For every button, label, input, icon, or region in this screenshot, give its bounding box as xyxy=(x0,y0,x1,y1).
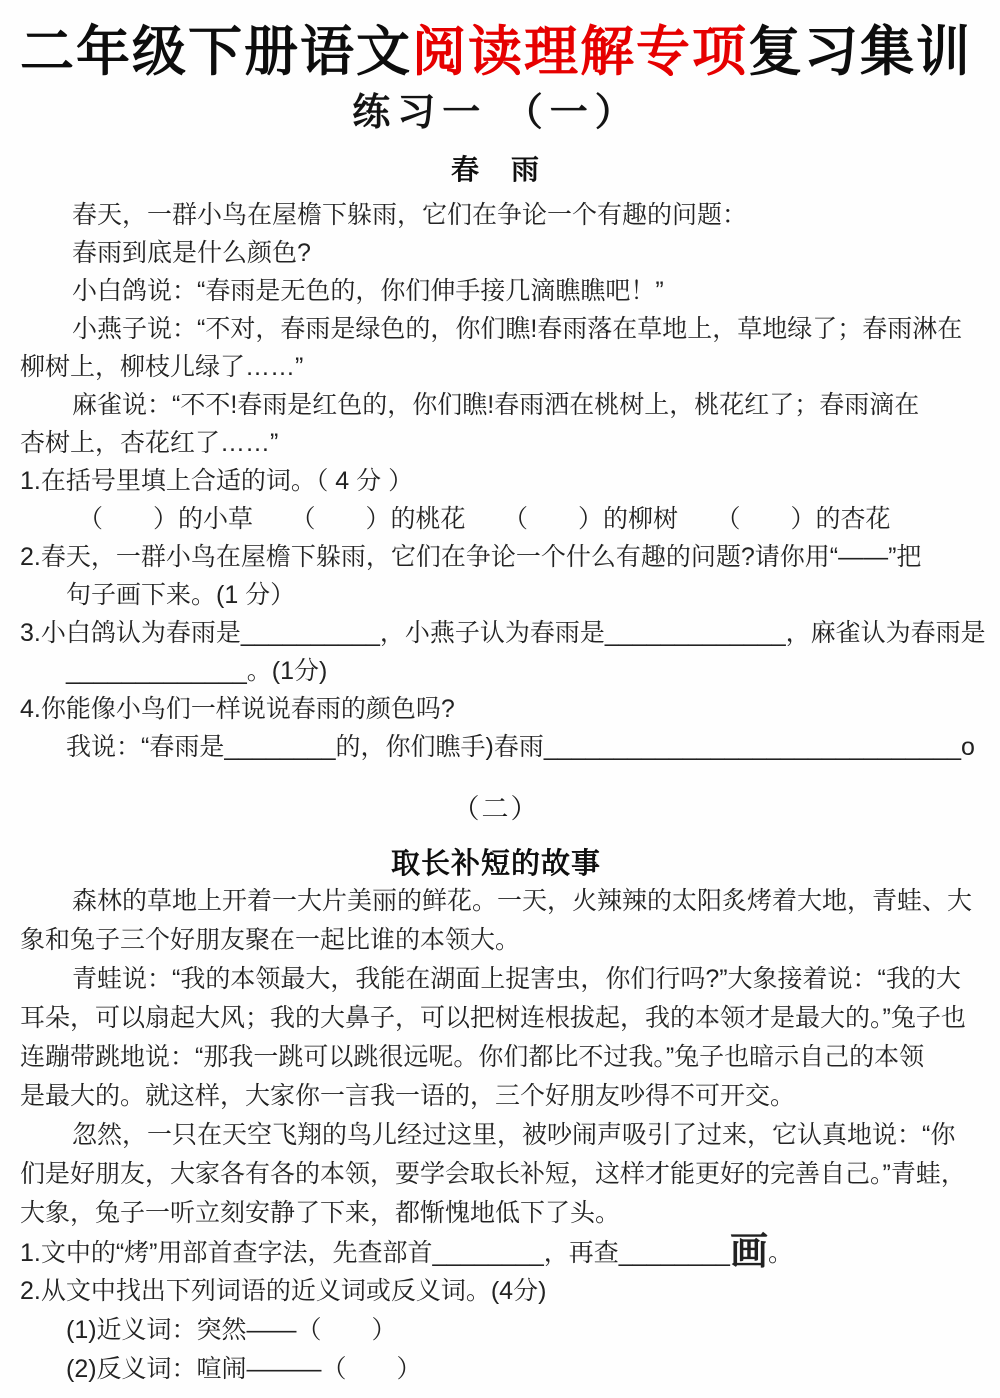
text-line: （ ）的小草 （ ）的桃花 （ ）的柳树 （ ）的杏花 xyxy=(20,500,972,538)
text-line: _____________。(1分) xyxy=(20,652,972,690)
text-line: 1.文中的“烤”用部首查字法，先查部首________，再查________画。 xyxy=(20,1233,972,1272)
title-segment-post: 复习集训 xyxy=(748,22,972,82)
exercise-subtitle: 练习一 （一） xyxy=(20,88,972,138)
text-line: 3.小白鸽认为春雨是__________，小燕子认为春雨是___________… xyxy=(20,614,972,652)
text-line: 忽然，一只在天空飞翔的鸟儿经过这里，被吵闹声吸引了过来，它认真地说：“你 xyxy=(20,1116,972,1155)
text-line: 森林的草地上开着一大片美丽的鲜花。一天，火辣辣的太阳炙烤着大地，青蛙、大 xyxy=(20,882,972,921)
text-line: 2.从文中找出下列词语的近义词或反义词。(4分) xyxy=(20,1272,972,1311)
worksheet-page: 二年级下册语文阅读理解专项复习集训 练习一 （一） 春 雨 春天，一群小鸟在屋檐… xyxy=(0,0,1000,1398)
text-line: 我说：“春雨是________的，你们瞧手)春雨________________… xyxy=(20,728,972,766)
title-highlight: 阅读理解专项 xyxy=(412,22,748,82)
text-line: 2.春天，一群小鸟在屋檐下躲雨，它们在争论一个什么有趣的问题?请你用“——”把 xyxy=(20,538,972,576)
text-line: 小燕子说：“不对，春雨是绿色的，你们瞧!春雨落在草地上，草地绿了；春雨淋在 xyxy=(20,310,972,348)
text-line: 连蹦带跳地说：“那我一跳可以跳很远呢。你们都比不过我。”兔子也暗示自己的本领 xyxy=(20,1038,972,1077)
section1-body: 春天，一群小鸟在屋檐下躲雨，它们在争论一个有趣的问题：春雨到底是什么颜色?小白鸽… xyxy=(20,196,972,766)
text-line: 麻雀说：“不不!春雨是红色的，你们瞧!春雨洒在桃树上，桃花红了；春雨滴在 xyxy=(20,386,972,424)
enlarged-char: 画 xyxy=(730,1231,768,1273)
text-line: 耳朵，可以扇起大风；我的大鼻子，可以把树连根拔起，我的本领才是最大的。”兔子也 xyxy=(20,999,972,1038)
text-line: (2)反义词：喧闹———（ ） xyxy=(20,1350,972,1389)
text-line: 柳树上，柳枝儿绿了……” xyxy=(20,348,972,386)
text-line: 小白鸽说：“春雨是无色的，你们伸手接几滴瞧瞧吧！” xyxy=(20,272,972,310)
text-line: 杏树上，杏花红了……” xyxy=(20,424,972,462)
text-line: 句子画下来。(1 分） xyxy=(20,576,972,614)
text-line: 春雨到底是什么颜色? xyxy=(20,234,972,272)
worksheet-scan: { "colors": { "title_highlight_red": "#e… xyxy=(0,0,1000,1398)
text-line: 大象，兔子一听立刻安静了下来，都惭愧地低下了头。 xyxy=(20,1194,972,1233)
text-line: 春天，一群小鸟在屋檐下躲雨，它们在争论一个有趣的问题： xyxy=(20,196,972,234)
text-segment: 。 xyxy=(768,1239,793,1267)
text-line: 是最大的。就这样，大家你一言我一语的，三个好朋友吵得不可开交。 xyxy=(20,1077,972,1116)
text-line: 4.你能像小鸟们一样说说春雨的颜色吗? xyxy=(20,690,972,728)
text-line: 青蛙说：“我的本领最大，我能在湖面上捉害虫，你们行吗?”大象接着说：“我的大 xyxy=(20,960,972,999)
section2-part-label: （二） xyxy=(20,792,972,826)
section2-body: 森林的草地上开着一大片美丽的鲜花。一天，火辣辣的太阳炙烤着大地，青蛙、大象和兔子… xyxy=(20,882,972,1389)
section1-heading: 春 雨 xyxy=(20,154,972,186)
text-line: 们是好朋友，大家各有各的本领，要学会取长补短，这样才能更好的完善自己。”青蛙， xyxy=(20,1155,972,1194)
text-line: (1)近义词：突然——（ ） xyxy=(20,1311,972,1350)
text-line: 1.在括号里填上合适的词。（ 4 分 ） xyxy=(20,462,972,500)
section2-heading: 取长补短的故事 xyxy=(20,846,972,882)
page-title: 二年级下册语文阅读理解专项复习集训 xyxy=(20,20,972,84)
text-segment: 1.文中的“烤”用部首查字法，先查部首________，再查________ xyxy=(20,1239,730,1267)
title-segment-pre: 二年级下册语文 xyxy=(20,22,412,82)
text-line: 象和兔子三个好朋友聚在一起比谁的本领大。 xyxy=(20,921,972,960)
